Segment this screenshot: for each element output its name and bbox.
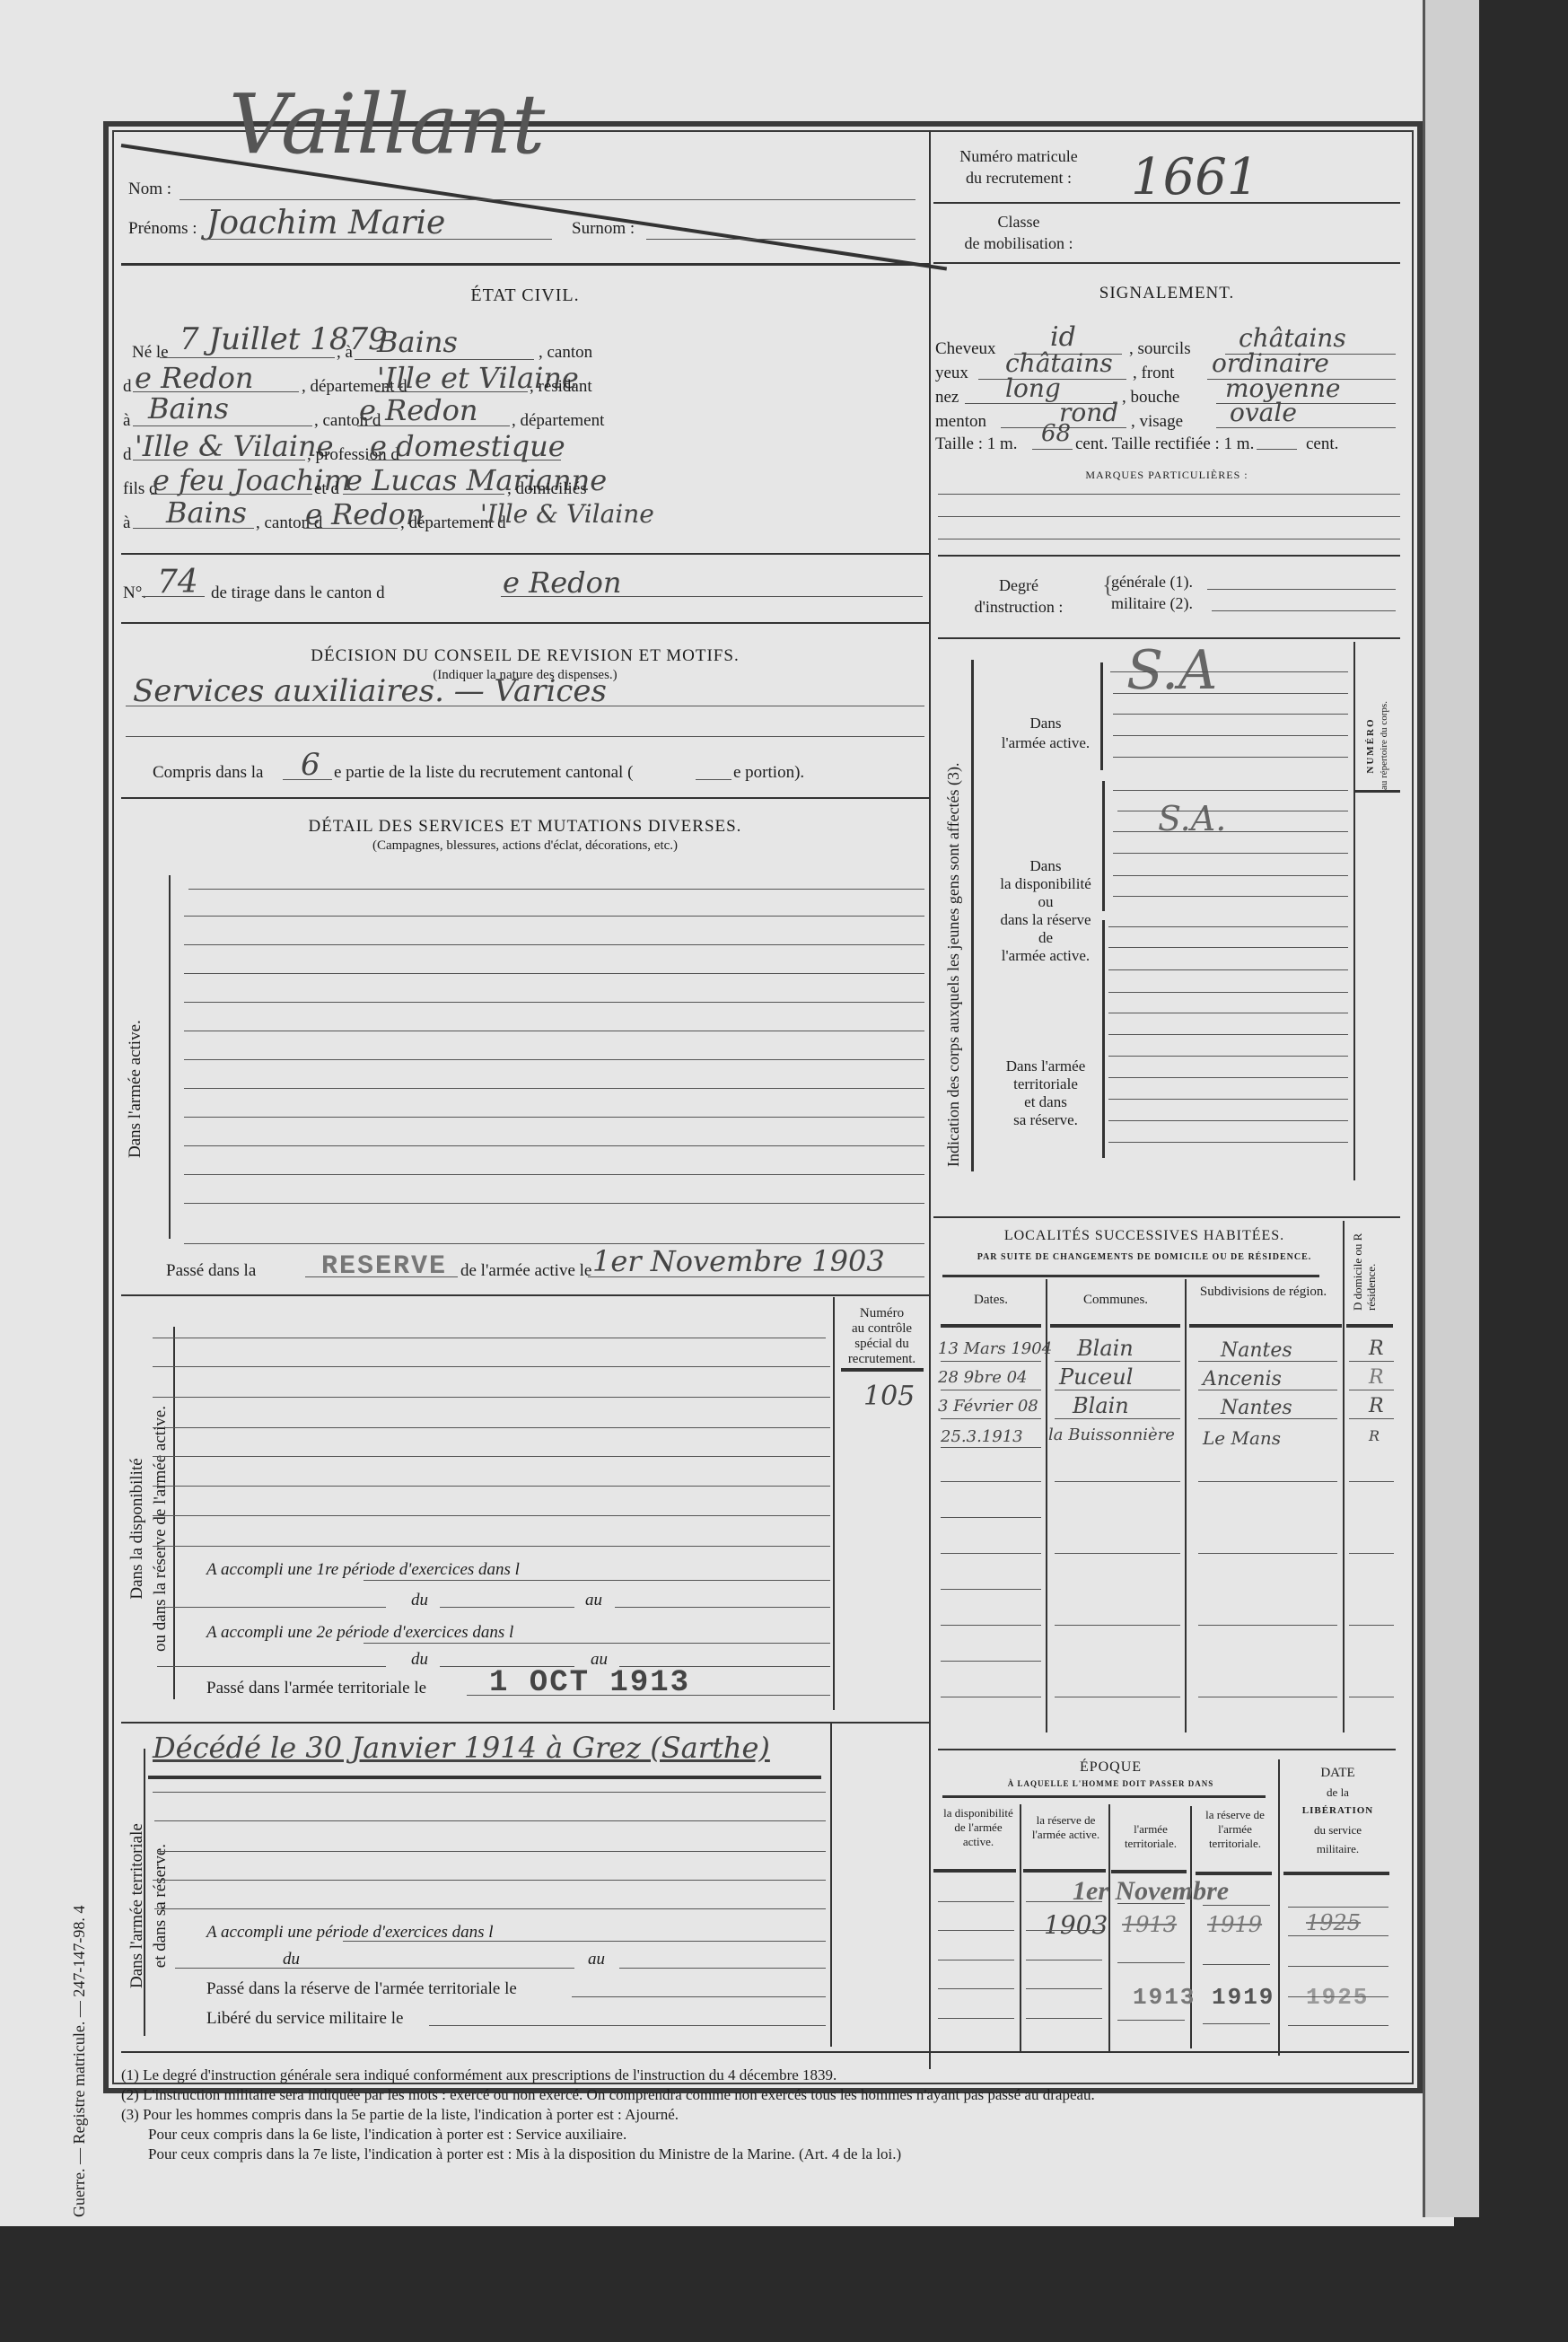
corps-active-label: Dansl'armée active. [978, 714, 1113, 753]
epoque-header-disponibilite: la disponibilité de l'armée active. [938, 1806, 1019, 1849]
canton-residence: e Redon [359, 393, 478, 427]
header-subdivisions: Subdivisions de région. [1189, 1284, 1337, 1300]
decision-title: DÉCISION DU CONSEIL DE REVISION ET MOTIF… [121, 646, 929, 666]
reserve-date: 1er Novembre 1903 [592, 1244, 885, 1278]
nom-value: Vaillant [229, 76, 545, 172]
footnote-1: (1) Le degré d'instruction générale sera… [121, 2066, 837, 2084]
epoque-header-reserve-active: la réserve de l'armée active. [1023, 1813, 1108, 1842]
header-communes: Communes. [1048, 1293, 1183, 1308]
instruction-generale-label: générale (1). [1111, 573, 1193, 592]
prenoms-label: Prénoms : [128, 219, 197, 239]
footnote-5: Pour ceux compris dans la 7e liste, l'in… [148, 2145, 901, 2163]
surnom-label: Surnom : [572, 219, 635, 239]
corps-terr-label: Dans l'arméeterritorialeet danssa réserv… [978, 1057, 1113, 1129]
signalement-title: SIGNALEMENT. [933, 284, 1400, 303]
date-liberation-header: DATE de la LIBÉRATION du service militai… [1282, 1764, 1394, 1858]
visage-value: ovale [1230, 398, 1297, 427]
numero-controle-label: Numéro au contrôle spécial du recrutemen… [835, 1306, 929, 1367]
corps-side-label: Indication des corps auxquels les jeunes… [944, 762, 963, 1167]
nom-label: Nom : [128, 180, 171, 199]
corps-dispo-label: Dansla disponibilitéoudans la réservedel… [978, 857, 1113, 965]
footnote-3: (3) Pour les hommes compris dans la 5e p… [121, 2106, 679, 2124]
numero-controle-value: 105 [863, 1381, 915, 1412]
partie-value: 6 [301, 747, 320, 783]
canton-naissance: e Redon [135, 361, 254, 395]
footnote-4: Pour ceux compris dans la 6e liste, l'in… [148, 2126, 626, 2144]
prenoms-value: Joachim Marie [206, 205, 445, 241]
epoque-title: ÉPOQUE [938, 1759, 1283, 1776]
epoque-header-territoriale: l'armée territoriale. [1111, 1822, 1190, 1851]
document-page: Guerre. — Registre matricule. — 247-147-… [0, 0, 1454, 2226]
profession: e domestique [370, 429, 565, 463]
nez-value: long [1005, 373, 1061, 403]
date-naissance: 7 Juillet 1879 [180, 321, 388, 357]
departement-residence: 'Ille & Vilaine [135, 429, 334, 463]
corps-dispo-value: S.A. [1158, 799, 1226, 838]
classe-label: Classede mobilisation : [933, 211, 1104, 254]
departement-domicile: 'Ille & Vilaine [480, 499, 654, 529]
lieu-naissance: Bains [377, 325, 458, 359]
deces-value: Décédé le 30 Janvier 1914 à Grez (Sarthe… [153, 1731, 770, 1765]
tirage-number: 74 [157, 564, 198, 601]
column-divider [929, 130, 931, 2069]
section-active-label: Dans l'armée active. [126, 1020, 145, 1158]
matricule-label: Numéro matriculedu recrutement : [933, 145, 1104, 189]
page-edge [1423, 0, 1479, 2217]
tirage-canton: e Redon [503, 566, 622, 600]
matricule-value: 1661 [1131, 148, 1259, 206]
etat-civil-title: ÉTAT CIVIL. [121, 285, 929, 306]
detail-title: DÉTAIL DES SERVICES ET MUTATIONS DIVERSE… [121, 817, 929, 837]
decision-value: Services auxiliaires. — Varices [133, 673, 607, 709]
header-domicile-residence: D domicile ou R résidence. [1351, 1203, 1378, 1311]
margin-imprint: Guerre. — Registre matricule. — 247-147-… [70, 1906, 89, 2217]
epoque-reserve-active-value: 1903 [1044, 1910, 1108, 1940]
instruction-label: Degréd'instruction : [938, 575, 1099, 618]
epoque-header-reserve-territoriale: la réserve de l'armée territoriale. [1194, 1808, 1276, 1851]
footnote-2: (2) L'instruction militaire sera indiqué… [121, 2086, 1095, 2104]
instruction-militaire-label: militaire (2). [1111, 594, 1193, 613]
header-dates: Dates. [938, 1293, 1044, 1308]
residence: Bains [148, 391, 229, 425]
localites-title: LOCALITÉS SUCCESSIVES HABITÉES. [938, 1228, 1351, 1244]
section-dispo-label: Dans la disponibilité ou dans la réserve… [126, 1406, 172, 1652]
domicile-parents: Bains [166, 496, 247, 530]
marques-label: MARQUES PARTICULIÈRES : [933, 469, 1400, 482]
section-terr-label: Dans l'armée territoriale et dans sa rés… [126, 1823, 172, 1988]
taille-value: 68 [1041, 420, 1071, 447]
numero-repertoire-label: NUMÉRO au répertoire du corps. [1364, 701, 1391, 790]
